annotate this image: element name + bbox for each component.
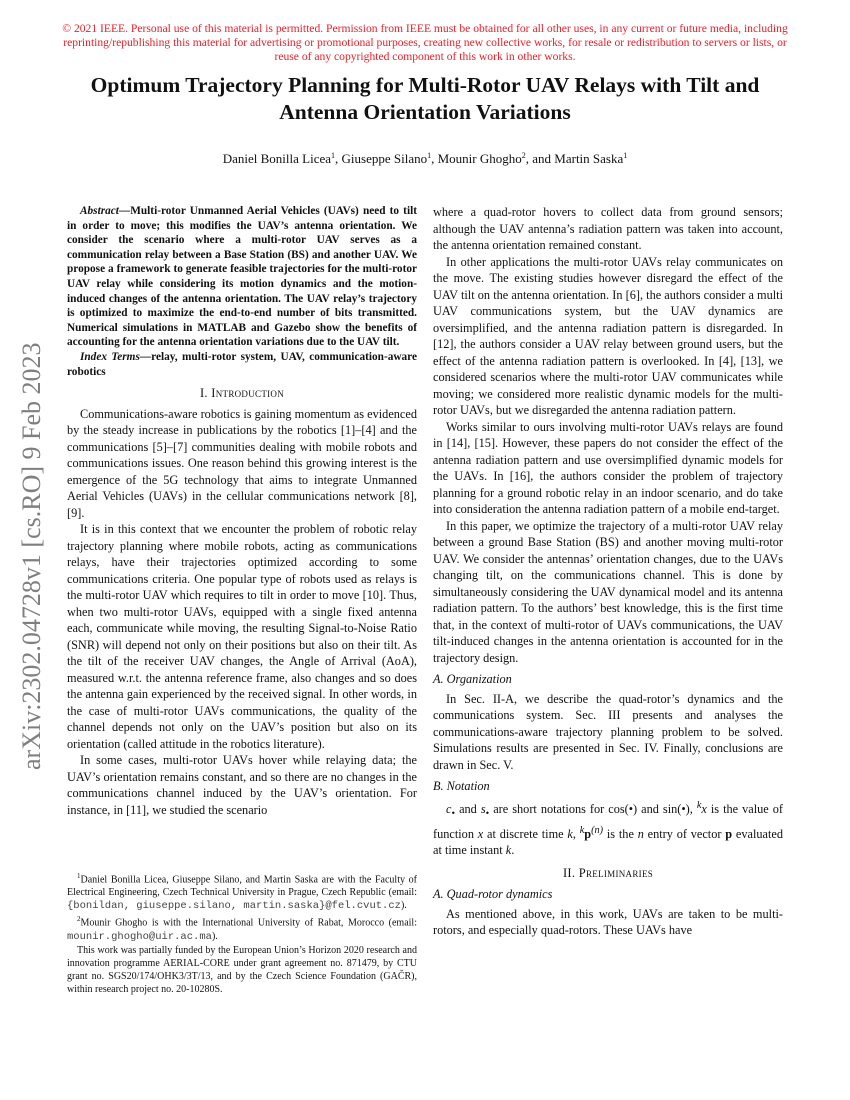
text: . (511, 843, 514, 857)
text: at discrete time (483, 827, 567, 841)
footnote-text-end: ). (401, 900, 407, 911)
paragraph: In other applications the multi-rotor UA… (433, 254, 783, 419)
notation-paragraph: c• and s• are short notations for cos(•)… (433, 798, 783, 859)
left-column: Abstract—Multi-rotor Unmanned Aerial Veh… (67, 204, 417, 818)
paragraph: Works similar to ours involving multi-ro… (433, 419, 783, 518)
index-terms: Index Terms—relay, multi-rotor system, U… (67, 350, 417, 379)
section-heading-preliminaries: II. Preliminaries (433, 865, 783, 882)
right-column: where a quad-rotor hovers to collect dat… (433, 204, 783, 939)
paragraph: Communications-aware robotics is gaining… (67, 406, 417, 522)
text: is the (603, 827, 638, 841)
paragraph: In Sec. II-A, we describe the quad-rotor… (433, 691, 783, 774)
paragraph-continuation: where a quad-rotor hovers to collect dat… (433, 204, 783, 254)
author-separator: , and (526, 151, 555, 166)
section-heading-introduction: I. Introduction (67, 385, 417, 402)
paragraph: In some cases, multi-rotor UAVs hover wh… (67, 752, 417, 818)
author-name: Giuseppe Silano (342, 151, 428, 166)
author-name: Martin Saska (554, 151, 623, 166)
abstract: Abstract—Multi-rotor Unmanned Aerial Veh… (67, 204, 417, 350)
email-address[interactable]: mounir.ghogho@uir.ac.ma (67, 931, 212, 943)
paragraph: It is in this context that we encounter … (67, 521, 417, 752)
copyright-notice: © 2021 IEEE. Personal use of this materi… (62, 22, 788, 65)
text: are short notations for cos(•) and sin(•… (489, 802, 697, 816)
math-superscript: (n) (591, 825, 603, 836)
footnote-1: 1Daniel Bonilla Licea, Giuseppe Silano, … (67, 870, 417, 913)
subsection-heading-organization: A. Organization (433, 671, 783, 688)
abstract-label: Abstract (80, 205, 119, 217)
author-name: Daniel Bonilla Licea (223, 151, 331, 166)
paragraph: As mentioned above, in this work, UAVs a… (433, 906, 783, 939)
text: entry of vector (644, 827, 725, 841)
footnote-text: Mounir Ghogho is with the International … (81, 918, 418, 929)
text: , (573, 827, 580, 841)
footnotes: 1Daniel Bonilla Licea, Giuseppe Silano, … (67, 870, 417, 996)
author-name: Mounir Ghogho (438, 151, 522, 166)
paper-title: Optimum Trajectory Planning for Multi-Ro… (55, 72, 795, 126)
funding-note: This work was partially funded by the Eu… (67, 944, 417, 996)
abstract-text: —Multi-rotor Unmanned Aerial Vehicles (U… (67, 205, 417, 348)
author-list: Daniel Bonilla Licea1, Giuseppe Silano1,… (60, 148, 790, 167)
footnote-text-end: ). (212, 931, 218, 942)
email-address[interactable]: {bonildan, giuseppe.silano, martin.saska… (67, 900, 401, 912)
subsection-heading-notation: B. Notation (433, 778, 783, 795)
footnote-text: Daniel Bonilla Licea, Giuseppe Silano, a… (67, 874, 417, 898)
text: and (455, 802, 481, 816)
footnote-2: 2Mounir Ghogho is with the International… (67, 913, 417, 943)
subsection-heading-quad-rotor-dynamics: A. Quad-rotor dynamics (433, 886, 783, 903)
author-affiliation-mark: 1 (623, 151, 627, 160)
index-terms-label: Index Terms (80, 351, 140, 363)
paragraph: In this paper, we optimize the trajector… (433, 518, 783, 667)
arxiv-identifier-stamp: arXiv:2302.04728v1 [cs.RO] 9 Feb 2023 (17, 342, 47, 770)
